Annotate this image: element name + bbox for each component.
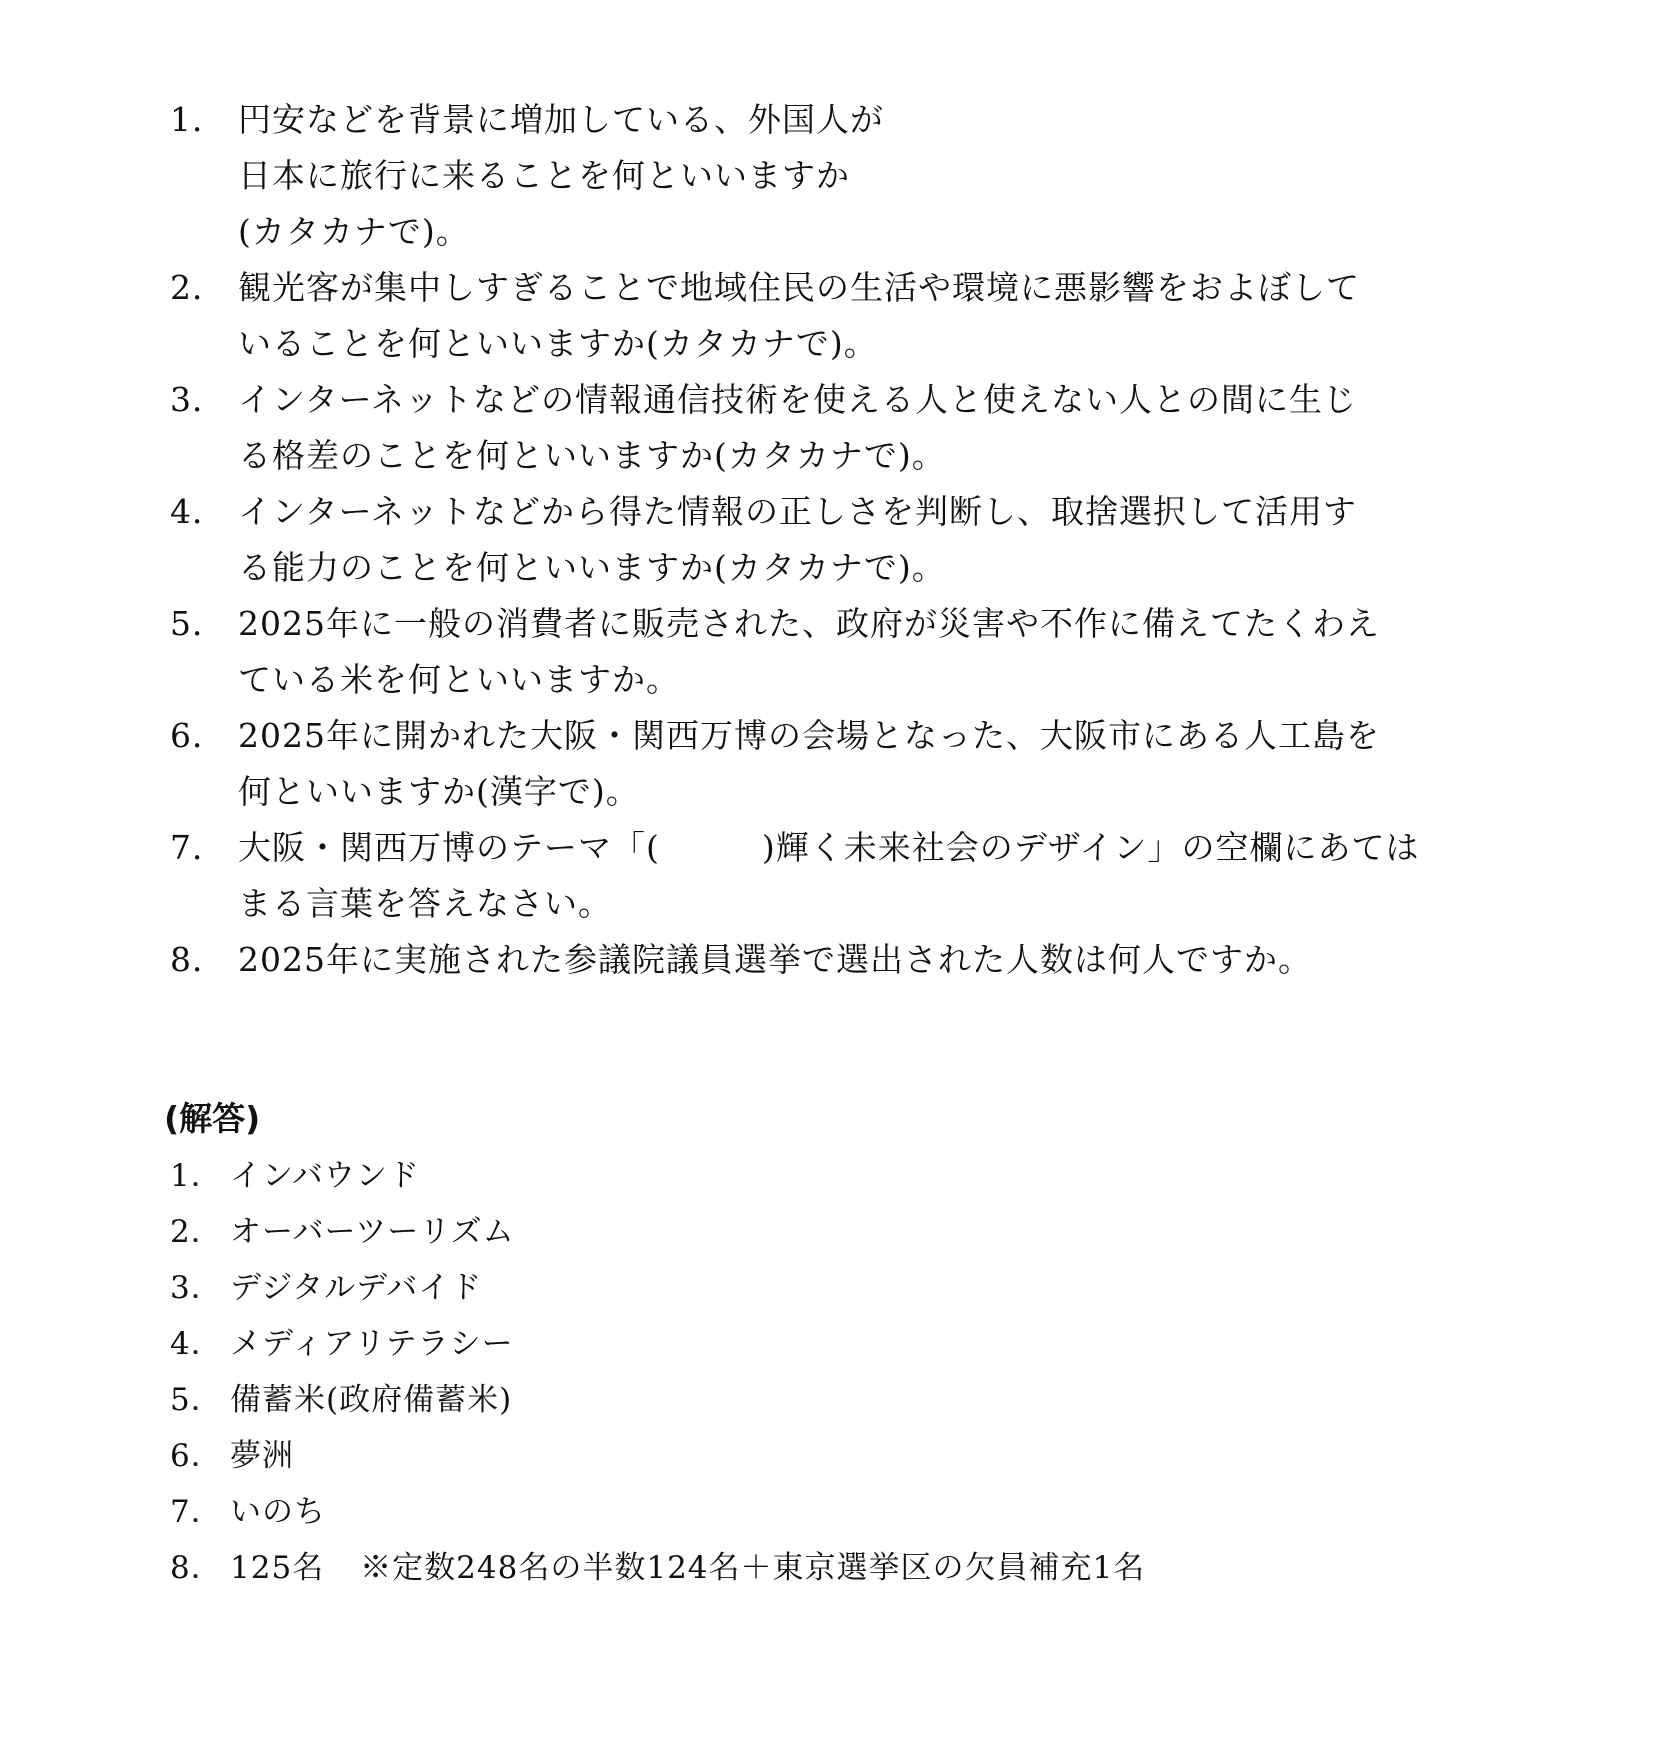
question-text: 2025年に実施された参議院議員選挙で選出された人数は何人ですか。 [238, 932, 1460, 988]
question-line: る格差のことを何といいますか(カタカナで)。 [238, 428, 1460, 484]
answer-text: オーバーツーリズム [230, 1204, 515, 1260]
question-item: 2． 観光客が集中しすぎることで地域住民の生活や環境に悪影響をおよぼして いるこ… [170, 260, 1460, 372]
question-line: 2025年に一般の消費者に販売された、政府が災害や不作に備えてたくわえ [238, 596, 1460, 652]
answer-text: いのち [230, 1484, 326, 1540]
answer-text: インバウンド [230, 1148, 420, 1204]
question-item: 8． 2025年に実施された参議院議員選挙で選出された人数は何人ですか。 [170, 932, 1460, 988]
answer-item: 5． 備蓄米(政府備蓄米) [170, 1372, 1145, 1428]
answers-heading: (解答) [164, 1097, 260, 1141]
answer-number: 8． [170, 1540, 230, 1596]
answer-text: 125名 [230, 1540, 324, 1596]
answer-number: 4． [170, 1316, 230, 1372]
question-line: まる言葉を答えなさい。 [238, 876, 1460, 932]
question-text: 2025年に一般の消費者に販売された、政府が災害や不作に備えてたくわえ ている米… [238, 596, 1460, 708]
question-list: 1． 円安などを背景に増加している、外国人が 日本に旅行に来ることを何といいます… [170, 92, 1460, 988]
answer-item: 1． インバウンド [170, 1148, 1145, 1204]
question-line: る能力のことを何といいますか(カタカナで)。 [238, 540, 1460, 596]
question-line: 2025年に実施された参議院議員選挙で選出された人数は何人ですか。 [238, 932, 1460, 988]
question-item: 6． 2025年に開かれた大阪・関西万博の会場となった、大阪市にある人工島を 何… [170, 708, 1460, 820]
answer-item: 2． オーバーツーリズム [170, 1204, 1145, 1260]
question-text: インターネットなどの情報通信技術を使える人と使えない人との間に生じ る格差のこと… [238, 372, 1460, 484]
question-number: 6． [170, 708, 238, 764]
question-text: 観光客が集中しすぎることで地域住民の生活や環境に悪影響をおよぼして いることを何… [238, 260, 1460, 372]
question-item: 1． 円安などを背景に増加している、外国人が 日本に旅行に来ることを何といいます… [170, 92, 1460, 260]
question-line: ている米を何といいますか。 [238, 652, 1460, 708]
answer-text: メディアリテラシー [230, 1316, 514, 1372]
answer-note: ※定数248名の半数124名＋東京選挙区の欠員補充1名 [360, 1540, 1145, 1596]
answer-list: 1． インバウンド 2． オーバーツーリズム 3． デジタルデバイド 4． メデ… [170, 1148, 1145, 1596]
question-item: 3． インターネットなどの情報通信技術を使える人と使えない人との間に生じ る格差… [170, 372, 1460, 484]
answer-number: 6． [170, 1428, 230, 1484]
question-number: 4． [170, 484, 238, 540]
answer-item: 7． いのち [170, 1484, 1145, 1540]
question-text: 円安などを背景に増加している、外国人が 日本に旅行に来ることを何といいますか (… [238, 92, 1460, 260]
question-line: いることを何といいますか(カタカナで)。 [238, 316, 1460, 372]
question-line: (カタカナで)。 [238, 204, 1460, 260]
question-line: 観光客が集中しすぎることで地域住民の生活や環境に悪影響をおよぼして [238, 260, 1460, 316]
question-item: 7． 大阪・関西万博のテーマ「( )輝く未来社会のデザイン」の空欄にあては まる… [170, 820, 1460, 932]
answer-text: 備蓄米(政府備蓄米) [230, 1372, 512, 1428]
question-text: インターネットなどから得た情報の正しさを判断し、取捨選択して活用す る能力のこと… [238, 484, 1460, 596]
question-line: 何といいますか(漢字で)。 [238, 764, 1460, 820]
question-line: 日本に旅行に来ることを何といいますか [238, 148, 1460, 204]
document-page: 1． 円安などを背景に増加している、外国人が 日本に旅行に来ることを何といいます… [0, 0, 1668, 1751]
answer-item: 4． メディアリテラシー [170, 1316, 1145, 1372]
question-line: 円安などを背景に増加している、外国人が [238, 92, 1460, 148]
question-number: 2． [170, 260, 238, 316]
answer-number: 5． [170, 1372, 230, 1428]
answer-number: 7． [170, 1484, 230, 1540]
question-number: 1． [170, 92, 238, 148]
question-item: 4． インターネットなどから得た情報の正しさを判断し、取捨選択して活用す る能力… [170, 484, 1460, 596]
answer-item: 3． デジタルデバイド [170, 1260, 1145, 1316]
question-text: 2025年に開かれた大阪・関西万博の会場となった、大阪市にある人工島を 何といい… [238, 708, 1460, 820]
question-line: 2025年に開かれた大阪・関西万博の会場となった、大阪市にある人工島を [238, 708, 1460, 764]
question-line: インターネットなどから得た情報の正しさを判断し、取捨選択して活用す [238, 484, 1460, 540]
answer-text: デジタルデバイド [230, 1260, 482, 1316]
answer-text: 夢洲 [230, 1428, 294, 1484]
answer-number: 1． [170, 1148, 230, 1204]
question-text: 大阪・関西万博のテーマ「( )輝く未来社会のデザイン」の空欄にあては まる言葉を… [238, 820, 1460, 932]
question-number: 8． [170, 932, 238, 988]
question-line: 大阪・関西万博のテーマ「( )輝く未来社会のデザイン」の空欄にあては [238, 820, 1460, 876]
answer-item: 8． 125名 ※定数248名の半数124名＋東京選挙区の欠員補充1名 [170, 1540, 1145, 1596]
question-number: 3． [170, 372, 238, 428]
answer-number: 2． [170, 1204, 230, 1260]
question-number: 5． [170, 596, 238, 652]
question-item: 5． 2025年に一般の消費者に販売された、政府が災害や不作に備えてたくわえ て… [170, 596, 1460, 708]
question-line: インターネットなどの情報通信技術を使える人と使えない人との間に生じ [238, 372, 1460, 428]
question-number: 7． [170, 820, 238, 876]
answer-number: 3． [170, 1260, 230, 1316]
answer-item: 6． 夢洲 [170, 1428, 1145, 1484]
